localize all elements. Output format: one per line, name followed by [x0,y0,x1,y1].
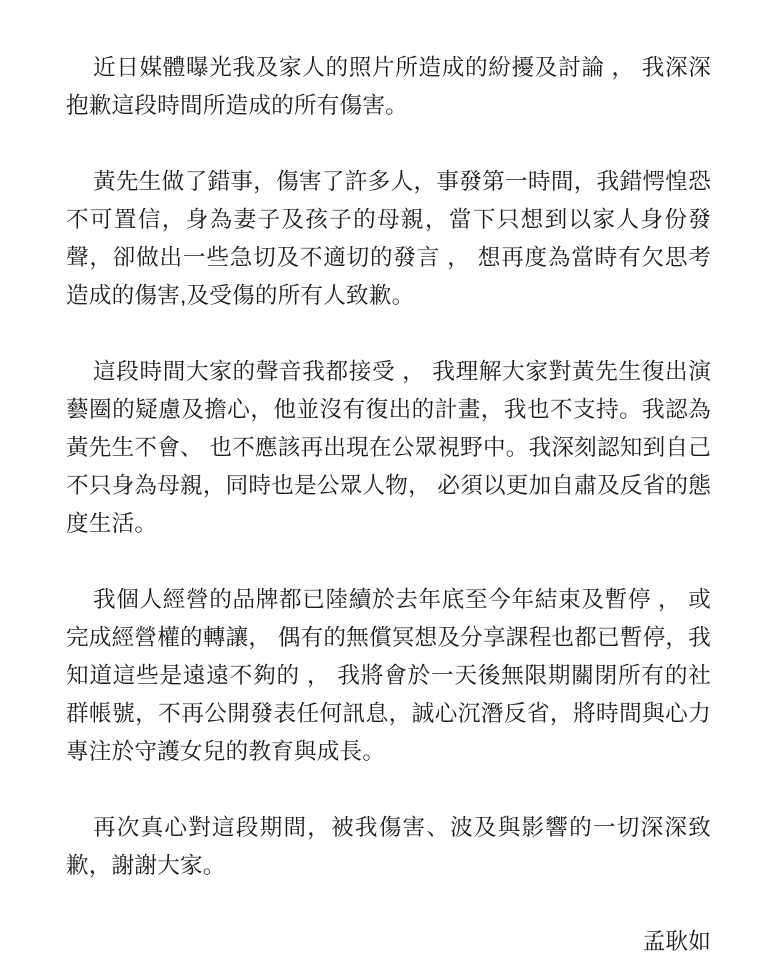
signature: 孟耿如 [66,923,711,961]
statement-body: 近日媒體曝光我及家人的照片所造成的紛擾及討論 ， 我深深抱歉這段時間所造成的所有… [66,49,711,961]
paragraph-incident-response: 黃先生做了錯事，傷害了許多人，事發第一時間，我錯愕惶恐不可置信，身為妻子及孩子的… [66,163,711,315]
statement-page: 近日媒體曝光我及家人的照片所造成的紛擾及討論 ， 我深深抱歉這段時間所造成的所有… [0,0,780,975]
paragraph-no-comeback: 這段時間大家的聲音我都接受 ， 我理解大家對黃先生復出演藝圈的疑慮及擔心，他並沒… [66,353,711,543]
paragraph-brand-closure: 我個人經營的品牌都已陸續於去年底至今年結束及暫停 ， 或完成經營權的轉讓， 偶有… [66,581,711,771]
paragraph-final-apology: 再次真心對這段期間，被我傷害、波及與影響的一切深深致歉，謝謝大家。 [66,809,711,885]
paragraph-intro-apology: 近日媒體曝光我及家人的照片所造成的紛擾及討論 ， 我深深抱歉這段時間所造成的所有… [66,49,711,125]
